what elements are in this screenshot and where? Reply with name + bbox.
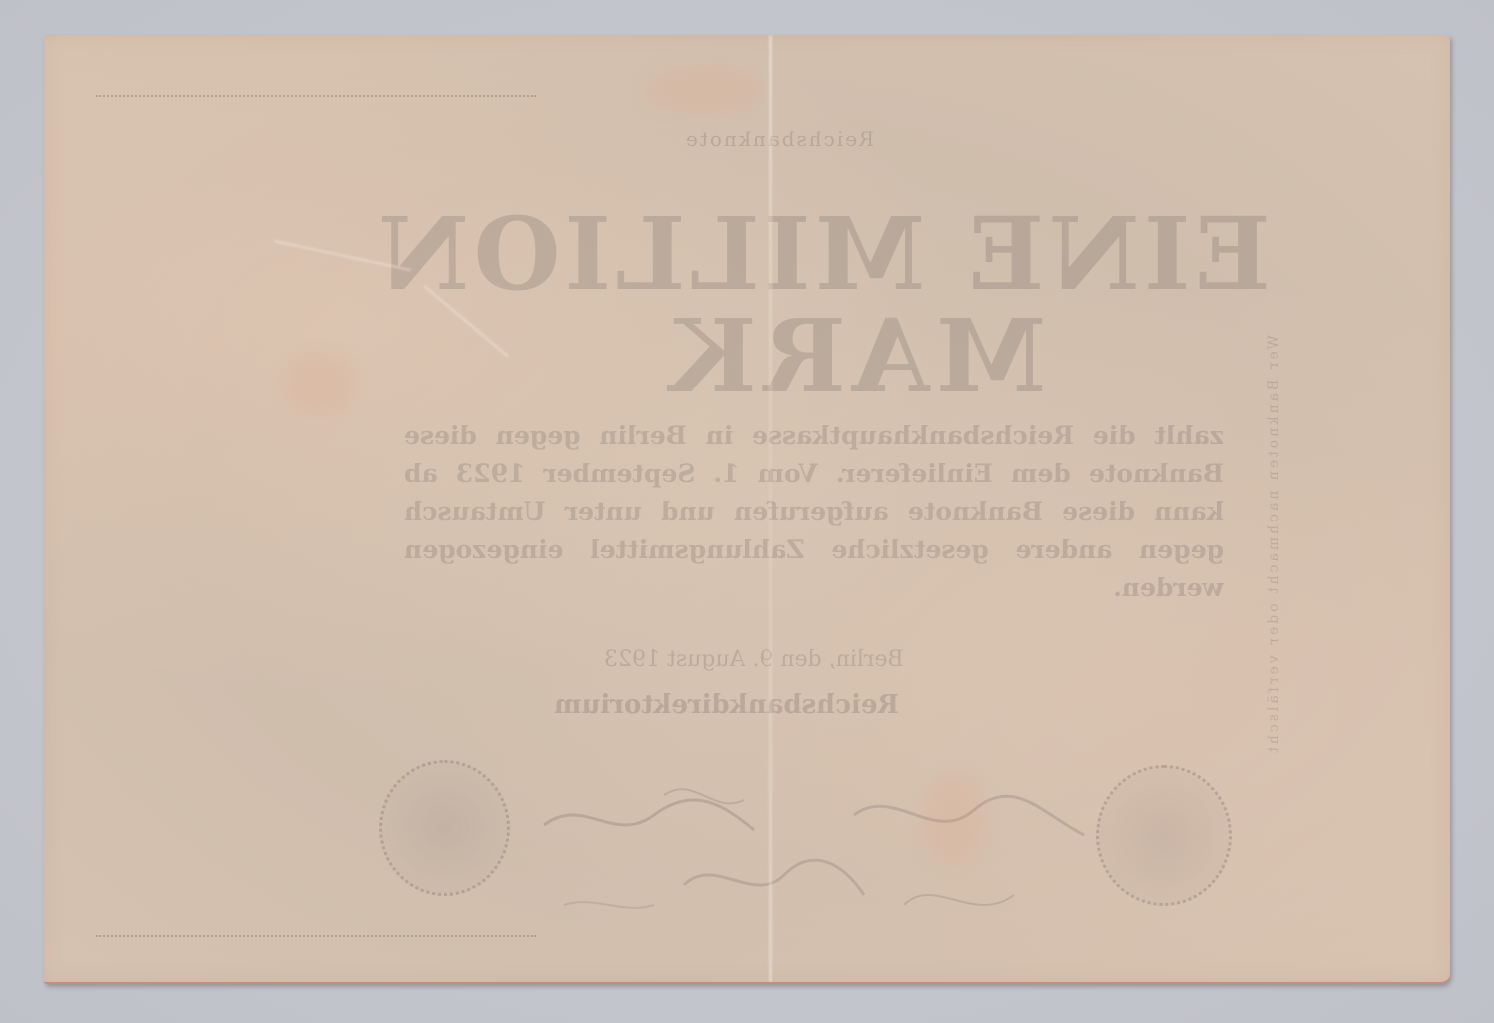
seal-left-icon — [379, 760, 510, 896]
show-through-body: zahlt die Reichsbankhauptkasse in Berlin… — [404, 417, 1224, 607]
show-through-headline: EINE MILLION — [374, 195, 1271, 313]
signatures-icon — [524, 755, 1124, 955]
show-through-place-date: Berlin, den 9. August 1923 — [604, 647, 904, 672]
fold-line — [769, 35, 772, 982]
show-through-authority: Reichsbankdirektorium — [554, 690, 899, 720]
frame-line-bottom — [96, 935, 536, 939]
show-through-denomination: MARK — [664, 297, 1046, 415]
banknote: Reichsbanknote EINE MILLION MARK zahlt d… — [44, 35, 1450, 984]
stain — [644, 65, 764, 115]
frame-line-top — [96, 95, 536, 99]
show-through-header: Reichsbanknote — [684, 127, 874, 151]
stain — [284, 355, 354, 415]
show-through-vertical-text: Wer Banknoten nachmacht oder verfälscht — [1266, 335, 1326, 895]
